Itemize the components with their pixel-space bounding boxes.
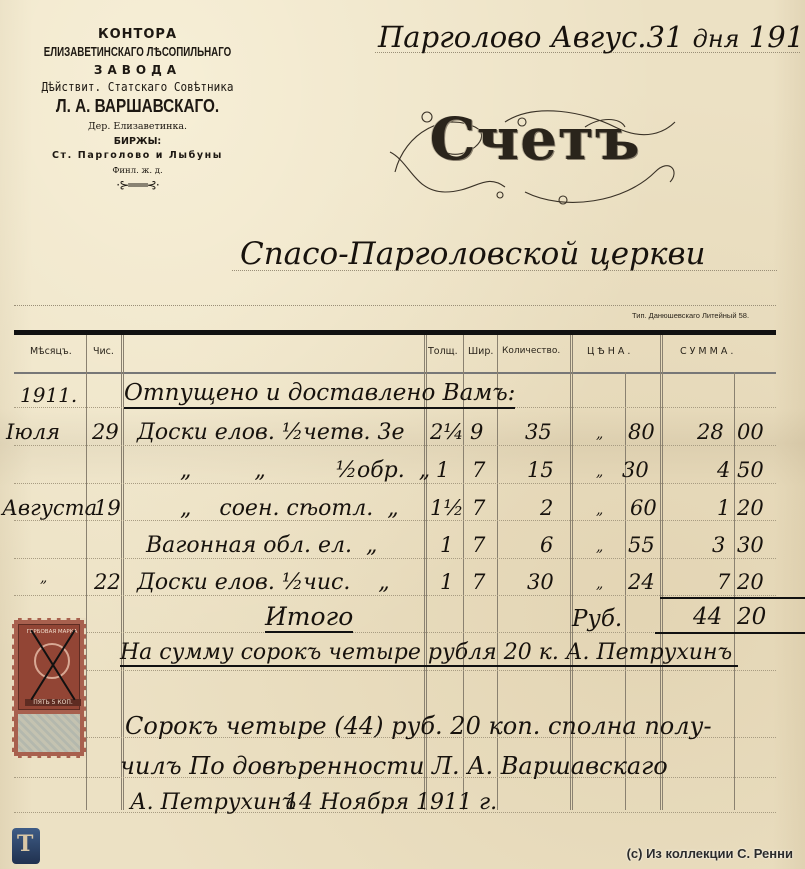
row-day: 19 <box>94 496 121 520</box>
row-rule <box>14 670 776 671</box>
row-rule <box>14 445 776 446</box>
row-width: 7 <box>472 570 485 594</box>
recipient-name: Спасо-Парголовской церкви <box>240 236 706 272</box>
row-price-ditto: „ <box>596 576 603 592</box>
total-underline <box>655 632 805 634</box>
row-description: „ соен. сѣотл. „ <box>180 496 399 521</box>
row-thickness: 2¼ <box>430 420 464 444</box>
letterhead-factory: ЗАВОДА <box>0 64 275 76</box>
row-sum-kop: 00 <box>737 420 764 444</box>
letterhead-stations: Ст. Парголово и Лыбуны <box>0 151 275 161</box>
collection-logo-icon: T <box>12 828 40 864</box>
row-sum-rub: 4 <box>717 458 730 482</box>
total-rub: 44 <box>693 604 722 630</box>
row-sum-kop: 20 <box>737 496 764 520</box>
row-month: Іюля <box>6 420 60 444</box>
total-label: Итого <box>265 602 353 633</box>
row-thickness: 1½ <box>430 496 464 520</box>
letterhead: КОНТОРА ЕЛИЗАВЕТИНСКАГО ЛѢСОПИЛЬНАГО ЗАВ… <box>0 28 275 191</box>
row-quantity: 30 <box>527 570 554 594</box>
header-month: Мѣсяцъ. <box>30 346 72 357</box>
printer-dotline <box>14 305 776 306</box>
intro-year: 1911. <box>20 383 77 407</box>
stamp-value: ПЯТЬ 5 КОП. <box>25 699 81 706</box>
row-rule <box>14 483 776 484</box>
receipt-signature: А. Петрухинъ <box>130 790 296 815</box>
receipt-line-2: чилъ По довѣренности Л. А. Варшавскаго <box>120 752 668 780</box>
row-day: 29 <box>92 420 119 444</box>
date-place: Парголово <box>378 20 542 54</box>
row-month: Августа <box>2 496 97 520</box>
letterhead-rank: Дѣйствит. Статскаго Совѣтника <box>17 81 259 94</box>
date-day: 31 <box>647 20 684 54</box>
row-sum-kop: 20 <box>737 570 764 594</box>
letterhead-exchanges-label: БИРЖЫ: <box>0 137 275 147</box>
row-quantity: 35 <box>525 420 552 444</box>
row-quantity: 2 <box>540 496 553 520</box>
header-width: Шир. <box>468 346 493 357</box>
row-description: „ „ ½обр. „ <box>180 458 430 483</box>
printer-imprint: Тип. Данюшевскаго Литейный 58. <box>632 311 749 320</box>
date-day-label: дня <box>693 25 740 53</box>
row-width: 7 <box>472 533 485 557</box>
date-line: Парголово Авгус.31 дня 1911 г. <box>378 20 805 54</box>
row-price: 30 <box>622 458 649 482</box>
row-sum-rub: 7 <box>717 570 730 594</box>
revenue-stamp: ГЕРБОВАЯ МАРКА ПЯТЬ 5 КОП. <box>12 618 86 758</box>
letterhead-office: КОНТОРА <box>0 28 275 41</box>
header-day: Чис. <box>93 346 114 357</box>
col-divider-price-inner <box>625 372 626 810</box>
row-sum-kop: 50 <box>737 458 764 482</box>
row-sum-rub: 28 <box>697 420 724 444</box>
row-price-ditto: „ <box>596 502 603 518</box>
row-price-ditto: „ <box>596 539 603 555</box>
sum-in-words: На сумму сорокъ четыре рубля 20 к. А. Пе… <box>120 640 738 667</box>
header-sum: СУММА. <box>680 346 736 357</box>
row-price: 60 <box>630 496 657 520</box>
stamp-coupon <box>18 714 80 752</box>
sum-underline <box>660 597 805 599</box>
row-quantity: 15 <box>527 458 554 482</box>
row-month: „ <box>40 570 47 586</box>
letterhead-owner: Л. А. ВАРШАВСКАГО. <box>21 97 255 115</box>
intro-text: Отпущено и доставлено Вамъ: <box>124 380 515 409</box>
row-price: 80 <box>628 420 655 444</box>
row-price-ditto: „ <box>596 464 603 480</box>
row-sum-rub: 3 <box>712 533 725 557</box>
col-divider-sum-inner <box>734 372 735 810</box>
row-description: Доски елов. ½четв. 3е <box>137 420 405 445</box>
invoice-title: Счетъ <box>420 105 650 173</box>
row-sum-rub: 1 <box>717 496 730 520</box>
row-sum-kop: 30 <box>737 533 764 557</box>
receipt-line-1: Сорокъ четыре (44) руб. 20 коп. сполна п… <box>125 712 712 740</box>
row-rule <box>14 558 776 559</box>
row-price: 55 <box>628 533 655 557</box>
row-description: Доски елов. ½чис. „ <box>137 570 390 595</box>
header-price: ЦѢНА. <box>587 346 633 357</box>
row-rule <box>14 595 776 596</box>
row-width: 9 <box>470 420 483 444</box>
letterhead-sawmill: ЕЛИЗАВЕТИНСКАГО ЛѢСОПИЛЬНАГО <box>30 46 245 59</box>
letterhead-railway: Финл. ж. д. <box>0 167 275 176</box>
row-quantity: 6 <box>540 533 553 557</box>
collection-watermark: (с) Из коллекции С. Ренни <box>627 846 793 861</box>
date-year: 1911 <box>749 20 805 54</box>
row-thickness: 1 <box>440 570 453 594</box>
row-price: 24 <box>628 570 655 594</box>
row-thickness: 1 <box>440 533 453 557</box>
row-description: Вагонная обл. ел. „ <box>146 533 377 558</box>
date-month: Авгус. <box>551 20 647 54</box>
header-thickness: Толщ. <box>428 346 458 357</box>
logo-letter: T <box>17 831 33 857</box>
header-quantity: Количество. <box>502 346 560 356</box>
total-currency: Руб. <box>572 606 622 632</box>
receipt-date: 14 Ноября 1911 г. <box>285 790 497 815</box>
ornament-icon: ·⊱═══⊰· <box>0 179 275 191</box>
row-width: 7 <box>472 458 485 482</box>
row-price-ditto: „ <box>596 426 603 442</box>
row-thickness: 1 <box>436 458 449 482</box>
letterhead-village: Дер. Елизаветинка. <box>0 122 275 132</box>
row-width: 7 <box>472 496 485 520</box>
total-kop: 20 <box>737 604 766 630</box>
row-day: 22 <box>94 570 121 594</box>
